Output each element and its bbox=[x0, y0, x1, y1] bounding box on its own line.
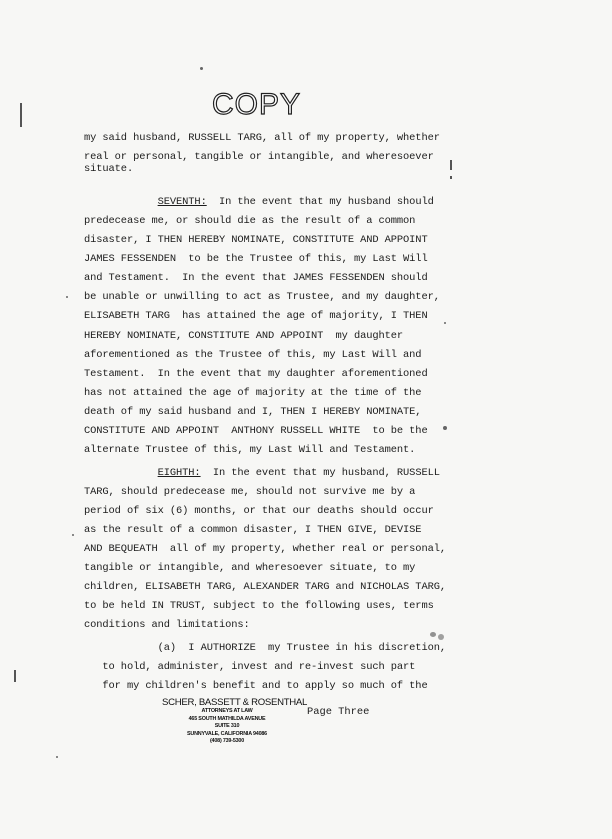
scan-speck bbox=[200, 67, 203, 70]
text-line: predecease me, or should die as the resu… bbox=[84, 215, 415, 227]
text-line: as the result of a common disaster, I TH… bbox=[84, 524, 421, 536]
text-run: In the event that my husband should bbox=[207, 196, 434, 208]
firm-address-line: 465 SOUTH MATHILDA AVENUE bbox=[162, 716, 292, 724]
scan-speck bbox=[72, 534, 74, 536]
firm-phone-line: (408) 739-5300 bbox=[162, 738, 292, 746]
text-line: situate. bbox=[84, 163, 133, 175]
article-eighth-heading-line: EIGHTH: In the event that my husband, RU… bbox=[84, 467, 440, 479]
text-line: real or personal, tangible or intangible… bbox=[84, 151, 434, 163]
text-line: and Testament. In the event that JAMES F… bbox=[84, 272, 428, 284]
article-seventh-heading-line: SEVENTH: In the event that my husband sh… bbox=[84, 196, 434, 208]
text-line: to hold, administer, invest and re-inves… bbox=[84, 661, 415, 673]
text-line: my said husband, RUSSELL TARG, all of my… bbox=[84, 132, 440, 144]
scan-speck bbox=[56, 756, 58, 758]
scan-speck bbox=[444, 322, 446, 324]
text-line: aforementioned as the Trustee of this, m… bbox=[84, 349, 421, 361]
text-line: has not attained the age of majority at … bbox=[84, 387, 421, 399]
section-heading-eighth: EIGHTH: bbox=[158, 467, 201, 479]
margin-mark bbox=[20, 103, 22, 127]
text-line: disaster, I THEN HEREBY NOMINATE, CONSTI… bbox=[84, 234, 428, 246]
text-line: ELISABETH TARG has attained the age of m… bbox=[84, 310, 428, 322]
law-firm-letterhead: SCHER, BASSETT & ROSENTHAL ATTORNEYS AT … bbox=[162, 697, 292, 746]
text-line: conditions and limitations: bbox=[84, 619, 250, 631]
firm-city-line: SUNNYVALE, CALIFORNIA 94086 bbox=[162, 731, 292, 739]
subclause-a-line: (a) I AUTHORIZE my Trustee in his discre… bbox=[84, 642, 446, 654]
text-line: AND BEQUEATH all of my property, whether… bbox=[84, 543, 446, 555]
copy-stamp: COPY bbox=[212, 90, 301, 120]
indent bbox=[84, 196, 158, 208]
scan-speck bbox=[430, 632, 436, 637]
scan-speck bbox=[443, 426, 447, 430]
text-line: to be held IN TRUST, subject to the foll… bbox=[84, 600, 434, 612]
text-line: alternate Trustee of this, my Last Will … bbox=[84, 444, 415, 456]
page-number-label: Page Three bbox=[307, 706, 369, 718]
text-line: JAMES FESSENDEN to be the Trustee of thi… bbox=[84, 253, 428, 265]
text-line: death of my said husband and I, THEN I H… bbox=[84, 406, 421, 418]
indent bbox=[84, 467, 158, 479]
text-run: In the event that my husband, RUSSELL bbox=[201, 467, 440, 479]
text-line: for my children's benefit and to apply s… bbox=[84, 680, 428, 692]
section-heading-seventh: SEVENTH: bbox=[158, 196, 207, 208]
text-line: HEREBY NOMINATE, CONSTITUTE AND APPOINT … bbox=[84, 330, 403, 342]
text-line: children, ELISABETH TARG, ALEXANDER TARG… bbox=[84, 581, 446, 593]
margin-mark bbox=[450, 176, 452, 179]
text-line: Testament. In the event that my daughter… bbox=[84, 368, 428, 380]
firm-detail-line: ATTORNEYS AT LAW bbox=[162, 708, 292, 716]
document-page: COPY my said husband, RUSSELL TARG, all … bbox=[0, 0, 612, 839]
firm-name: SCHER, BASSETT & ROSENTHAL bbox=[162, 697, 292, 708]
margin-mark bbox=[14, 670, 16, 682]
margin-mark bbox=[450, 160, 452, 170]
scan-speck bbox=[66, 296, 68, 298]
firm-suite-line: SUITE 310 bbox=[162, 723, 292, 731]
text-line: TARG, should predecease me, should not s… bbox=[84, 486, 415, 498]
text-line: tangible or intangible, and wheresoever … bbox=[84, 562, 415, 574]
text-line: period of six (6) months, or that our de… bbox=[84, 505, 434, 517]
scan-speck bbox=[438, 634, 444, 640]
text-line: be unable or unwilling to act as Trustee… bbox=[84, 291, 440, 303]
text-line: CONSTITUTE AND APPOINT ANTHONY RUSSELL W… bbox=[84, 425, 428, 437]
